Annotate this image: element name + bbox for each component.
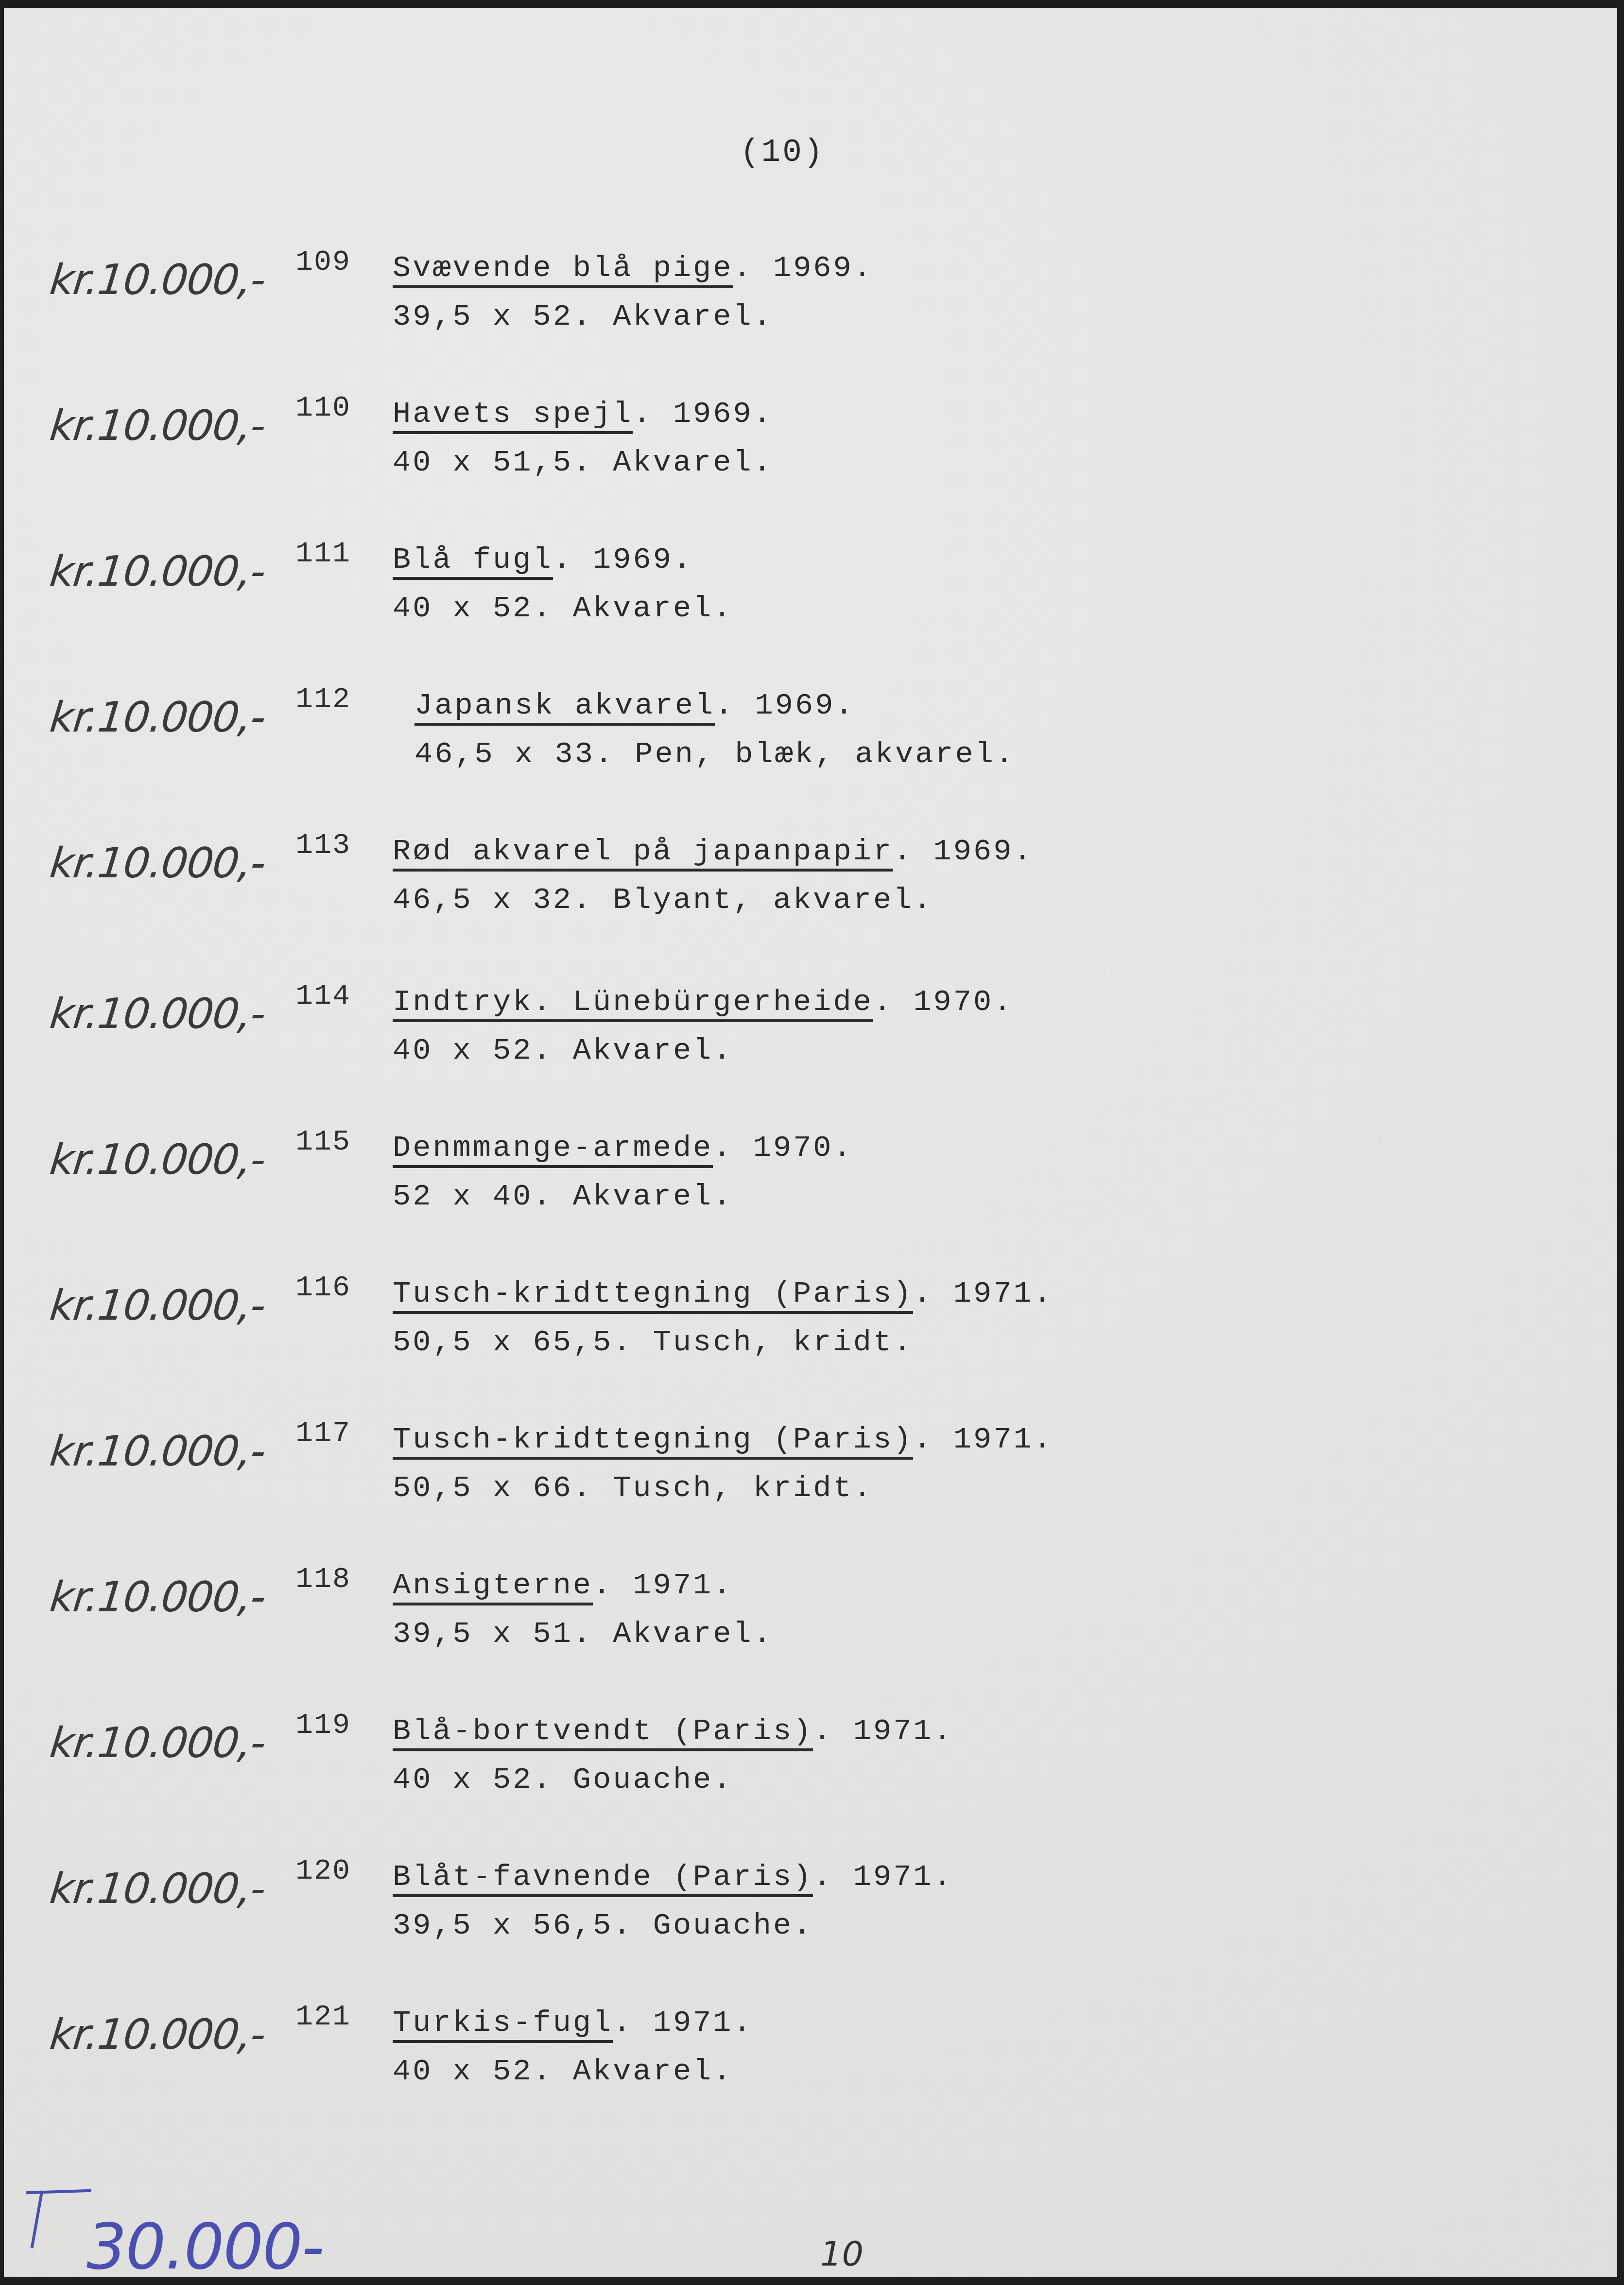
artwork-title: Blåt-favnende (Paris) — [393, 1860, 813, 1897]
period: . — [633, 397, 673, 431]
handwritten-price: kr.10.000,- — [48, 1135, 267, 1184]
total-mark-stroke — [26, 2189, 91, 2195]
period: . — [713, 1131, 753, 1165]
period: . — [873, 985, 913, 1019]
artwork-year: 1969. — [773, 251, 873, 285]
list-item: kr.10.000,- 113 Rød akvarel på japanpapi… — [4, 834, 1617, 941]
handwritten-price: kr.10.000,- — [48, 547, 267, 596]
artwork-year: 1970. — [913, 985, 1013, 1019]
list-item: kr.10.000,- 116 Tusch-kridttegning (Pari… — [4, 1276, 1617, 1383]
catalog-number: 112 — [295, 683, 351, 716]
title-line: Tusch-kridttegning (Paris). 1971. — [393, 1422, 1054, 1457]
handwritten-price: kr.10.000,- — [48, 1573, 267, 1622]
title-line: Blå-bortvendt (Paris). 1971. — [393, 1714, 953, 1748]
period: . — [913, 1276, 953, 1311]
title-line: Havets spejl. 1969. — [393, 397, 773, 431]
footer-page-number: 10 — [820, 2234, 864, 2274]
artwork-description: 50,5 x 65,5. Tusch, kridt. — [393, 1325, 913, 1360]
catalog-number: 117 — [295, 1417, 351, 1450]
page-header-number: (10) — [740, 134, 825, 171]
catalog-number: 111 — [295, 538, 351, 571]
period: . — [613, 2006, 653, 2040]
artwork-title: Rød akvarel på japanpapir — [393, 834, 893, 872]
period: . — [813, 1860, 853, 1894]
catalog-number: 119 — [295, 1709, 351, 1742]
list-item: kr.10.000,- 109 Svævende blå pige. 1969.… — [4, 251, 1617, 358]
artwork-year: 1969. — [755, 688, 855, 723]
handwritten-price: kr.10.000,- — [48, 401, 267, 450]
artwork-description: 50,5 x 66. Tusch, kridt. — [393, 1471, 873, 1505]
list-item: kr.10.000,- 114 Indtryk. Lünebürgerheide… — [4, 985, 1617, 1092]
artwork-year: 1971. — [953, 1276, 1054, 1311]
list-item: kr.10.000,- 112 Japansk akvarel. 1969. 4… — [4, 688, 1617, 795]
artwork-description: 39,5 x 56,5. Gouache. — [393, 1908, 813, 1943]
artwork-year: 1971. — [653, 2006, 753, 2040]
artwork-title: Blå fugl — [393, 542, 553, 580]
artwork-year: 1971. — [853, 1714, 953, 1748]
artwork-title: Denmmange-armede — [393, 1131, 713, 1168]
artwork-year: 1971. — [953, 1422, 1054, 1457]
period: . — [553, 542, 593, 577]
artwork-title: Turkis-fugl — [393, 2006, 613, 2043]
title-line: Tusch-kridttegning (Paris). 1971. — [393, 1276, 1054, 1311]
handwritten-price: kr.10.000,- — [48, 990, 267, 1038]
title-line: Indtryk. Lünebürgerheide. 1970. — [393, 985, 1013, 1019]
handwritten-price: kr.10.000,- — [48, 1865, 267, 1913]
list-item: kr.10.000,- 111 Blå fugl. 1969. 40 x 52.… — [4, 542, 1617, 649]
period: . — [593, 1568, 633, 1603]
artwork-description: 40 x 52. Akvarel. — [393, 1033, 733, 1068]
title-line: Svævende blå pige. 1969. — [393, 251, 873, 285]
title-line: Denmmange-armede. 1970. — [393, 1131, 853, 1165]
handwritten-price: kr.10.000,- — [48, 1427, 267, 1476]
period: . — [893, 834, 933, 869]
artwork-description: 46,5 x 33. Pen, blæk, akvarel. — [415, 737, 1015, 771]
handwritten-price: kr.10.000,- — [48, 693, 267, 742]
total-mark-stroke — [31, 2190, 44, 2248]
catalog-number: 115 — [295, 1126, 351, 1159]
list-item: kr.10.000,- 120 Blåt-favnende (Paris). 1… — [4, 1860, 1617, 1967]
artwork-description: 46,5 x 32. Blyant, akvarel. — [393, 883, 933, 917]
catalog-number: 121 — [295, 2001, 351, 2034]
catalog-number: 114 — [295, 980, 351, 1013]
period: . — [813, 1714, 853, 1748]
list-item: kr.10.000,- 110 Havets spejl. 1969. 40 x… — [4, 397, 1617, 504]
artwork-title: Tusch-kridttegning (Paris) — [393, 1276, 913, 1314]
artwork-title: Havets spejl — [393, 397, 633, 434]
catalog-number: 116 — [295, 1272, 351, 1305]
title-line: Japansk akvarel. 1969. — [415, 688, 855, 723]
artwork-description: 40 x 52. Gouache. — [393, 1762, 733, 1797]
artwork-description: 52 x 40. Akvarel. — [393, 1179, 733, 1214]
title-line: Blå fugl. 1969. — [393, 542, 693, 577]
catalog-number: 109 — [295, 246, 351, 279]
title-line: Turkis-fugl. 1971. — [393, 2006, 753, 2040]
artwork-year: 1970. — [753, 1131, 853, 1165]
artwork-title: Tusch-kridttegning (Paris) — [393, 1422, 913, 1460]
artwork-year: 1969. — [933, 834, 1034, 869]
handwritten-price: kr.10.000,- — [48, 256, 267, 304]
handwritten-price: kr.10.000,- — [48, 839, 267, 888]
period: . — [715, 688, 755, 723]
artwork-description: 40 x 52. Akvarel. — [393, 591, 733, 626]
list-item: kr.10.000,- 117 Tusch-kridttegning (Pari… — [4, 1422, 1617, 1529]
artwork-year: 1971. — [633, 1568, 733, 1603]
title-line: Blåt-favnende (Paris). 1971. — [393, 1860, 953, 1894]
catalog-number: 118 — [295, 1563, 351, 1596]
handwritten-total: 30.000- — [86, 2210, 324, 2284]
artwork-year: 1971. — [853, 1860, 953, 1894]
list-item: kr.10.000,- 115 Denmmange-armede. 1970. … — [4, 1131, 1617, 1238]
artwork-year: 1969. — [593, 542, 693, 577]
period: . — [733, 251, 773, 285]
artwork-title: Indtryk. Lünebürgerheide — [393, 985, 873, 1022]
list-item: kr.10.000,- 118 Ansigterne. 1971. 39,5 x… — [4, 1568, 1617, 1675]
artwork-year: 1969. — [673, 397, 773, 431]
handwritten-price: kr.10.000,- — [48, 1281, 267, 1330]
period: . — [913, 1422, 953, 1457]
artwork-description: 39,5 x 52. Akvarel. — [393, 299, 773, 334]
title-line: Ansigterne. 1971. — [393, 1568, 733, 1603]
catalog-number: 120 — [295, 1855, 351, 1888]
catalog-number: 113 — [295, 829, 351, 862]
title-line: Rød akvarel på japanpapir. 1969. — [393, 834, 1034, 869]
handwritten-price: kr.10.000,- — [48, 1719, 267, 1767]
document-page: (10) kr.10.000,- 109 Svævende blå pige. … — [4, 8, 1617, 2277]
artwork-title: Svævende blå pige — [393, 251, 733, 288]
list-item: kr.10.000,- 121 Turkis-fugl. 1971. 40 x … — [4, 2006, 1617, 2112]
artwork-title: Blå-bortvendt (Paris) — [393, 1714, 813, 1751]
artwork-description: 40 x 52. Akvarel. — [393, 2054, 733, 2089]
artwork-title: Japansk akvarel — [415, 688, 715, 726]
list-item: kr.10.000,- 119 Blå-bortvendt (Paris). 1… — [4, 1714, 1617, 1821]
artwork-title: Ansigterne — [393, 1568, 593, 1605]
handwritten-price: kr.10.000,- — [48, 2010, 267, 2059]
artwork-description: 40 x 51,5. Akvarel. — [393, 445, 773, 480]
artwork-description: 39,5 x 51. Akvarel. — [393, 1617, 773, 1651]
catalog-number: 110 — [295, 392, 351, 425]
